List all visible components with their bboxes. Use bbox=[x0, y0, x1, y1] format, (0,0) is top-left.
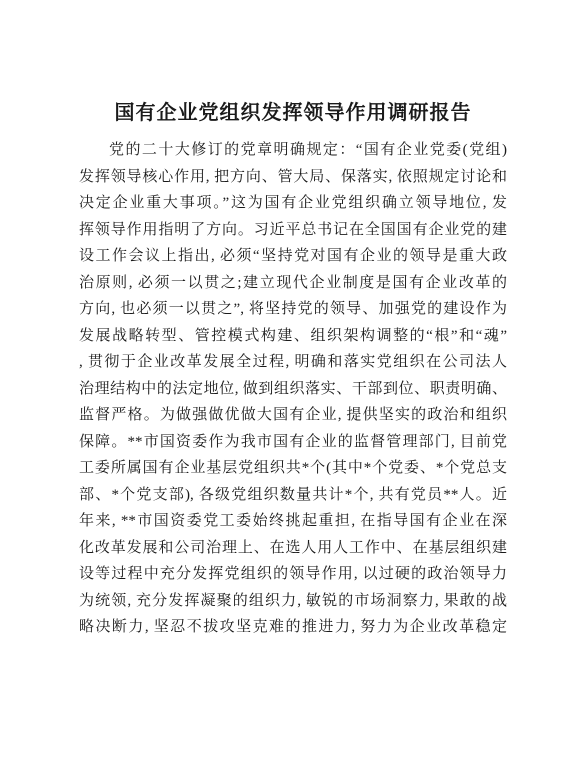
document-body: 党的二十大修订的党章明确规定：“国有企业党委(党组) 发挥领导核心作用, 把方向… bbox=[79, 137, 507, 641]
paragraph-line: , 贯彻于企业改革发展全过程, 明确和落实党组织在公司法人 bbox=[79, 349, 507, 376]
paragraph-line: 化改革发展和公司治理上、在选人用人工作中、在基层组织建 bbox=[79, 535, 507, 562]
paragraph-line: 决定企业重大事项。”这为国有企业党组织确立领导地位, 发 bbox=[79, 190, 507, 217]
paragraph-line: 年来, **市国资委党工委始终挑起重担, 在指导国有企业在深 bbox=[79, 508, 507, 535]
document-title: 国有企业党组织发挥领导作用调研报告 bbox=[0, 0, 586, 126]
paragraph-line: 设工作会议上指出, 必须“坚持党对国有企业的领导是重大政 bbox=[79, 243, 507, 270]
paragraph-line: 治原则, 必须一以贯之;建立现代企业制度是国有企业改革的 bbox=[79, 270, 507, 297]
paragraph-line: 部、*个党支部), 各级党组织数量共计*个, 共有党员**人。近 bbox=[79, 482, 507, 509]
paragraph-line: 发展战略转型、管控模式构建、组织架构调整的“根”和“魂” bbox=[79, 323, 507, 350]
paragraph-line: 工委所属国有企业基层党组织共*个(其中*个党委、*个党总支 bbox=[79, 455, 507, 482]
paragraph-line: 保障。**市国资委作为我市国有企业的监督管理部门, 目前党 bbox=[79, 429, 507, 456]
document-page: 国有企业党组织发挥领导作用调研报告 党的二十大修订的党章明确规定：“国有企业党委… bbox=[0, 0, 586, 759]
paragraph-line: 为统领, 充分发挥凝聚的组织力, 敏锐的市场洞察力, 果敢的战 bbox=[79, 588, 507, 615]
paragraph-line: 设等过程中充分发挥党组织的领导作用, 以过硬的政治领导力 bbox=[79, 561, 507, 588]
paragraph-line: 治理结构中的法定地位, 做到组织落实、干部到位、职责明确、 bbox=[79, 376, 507, 403]
paragraph-line: 挥领导作用指明了方向。习近平总书记在全国国有企业党的建 bbox=[79, 217, 507, 244]
paragraph-line: 党的二十大修订的党章明确规定：“国有企业党委(党组) bbox=[79, 137, 507, 164]
paragraph-line: 发挥领导核心作用, 把方向、管大局、保落实, 依照规定讨论和 bbox=[79, 164, 507, 191]
paragraph-line: 略决断力, 坚忍不拔攻坚克难的推进力, 努力为企业改革稳定 bbox=[79, 614, 507, 641]
paragraph-line: 监督严格。为做强做优做大国有企业, 提供坚实的政治和组织 bbox=[79, 402, 507, 429]
paragraph-line: 方向, 也必须一以贯之”, 将坚持党的领导、加强党的建设作为 bbox=[79, 296, 507, 323]
